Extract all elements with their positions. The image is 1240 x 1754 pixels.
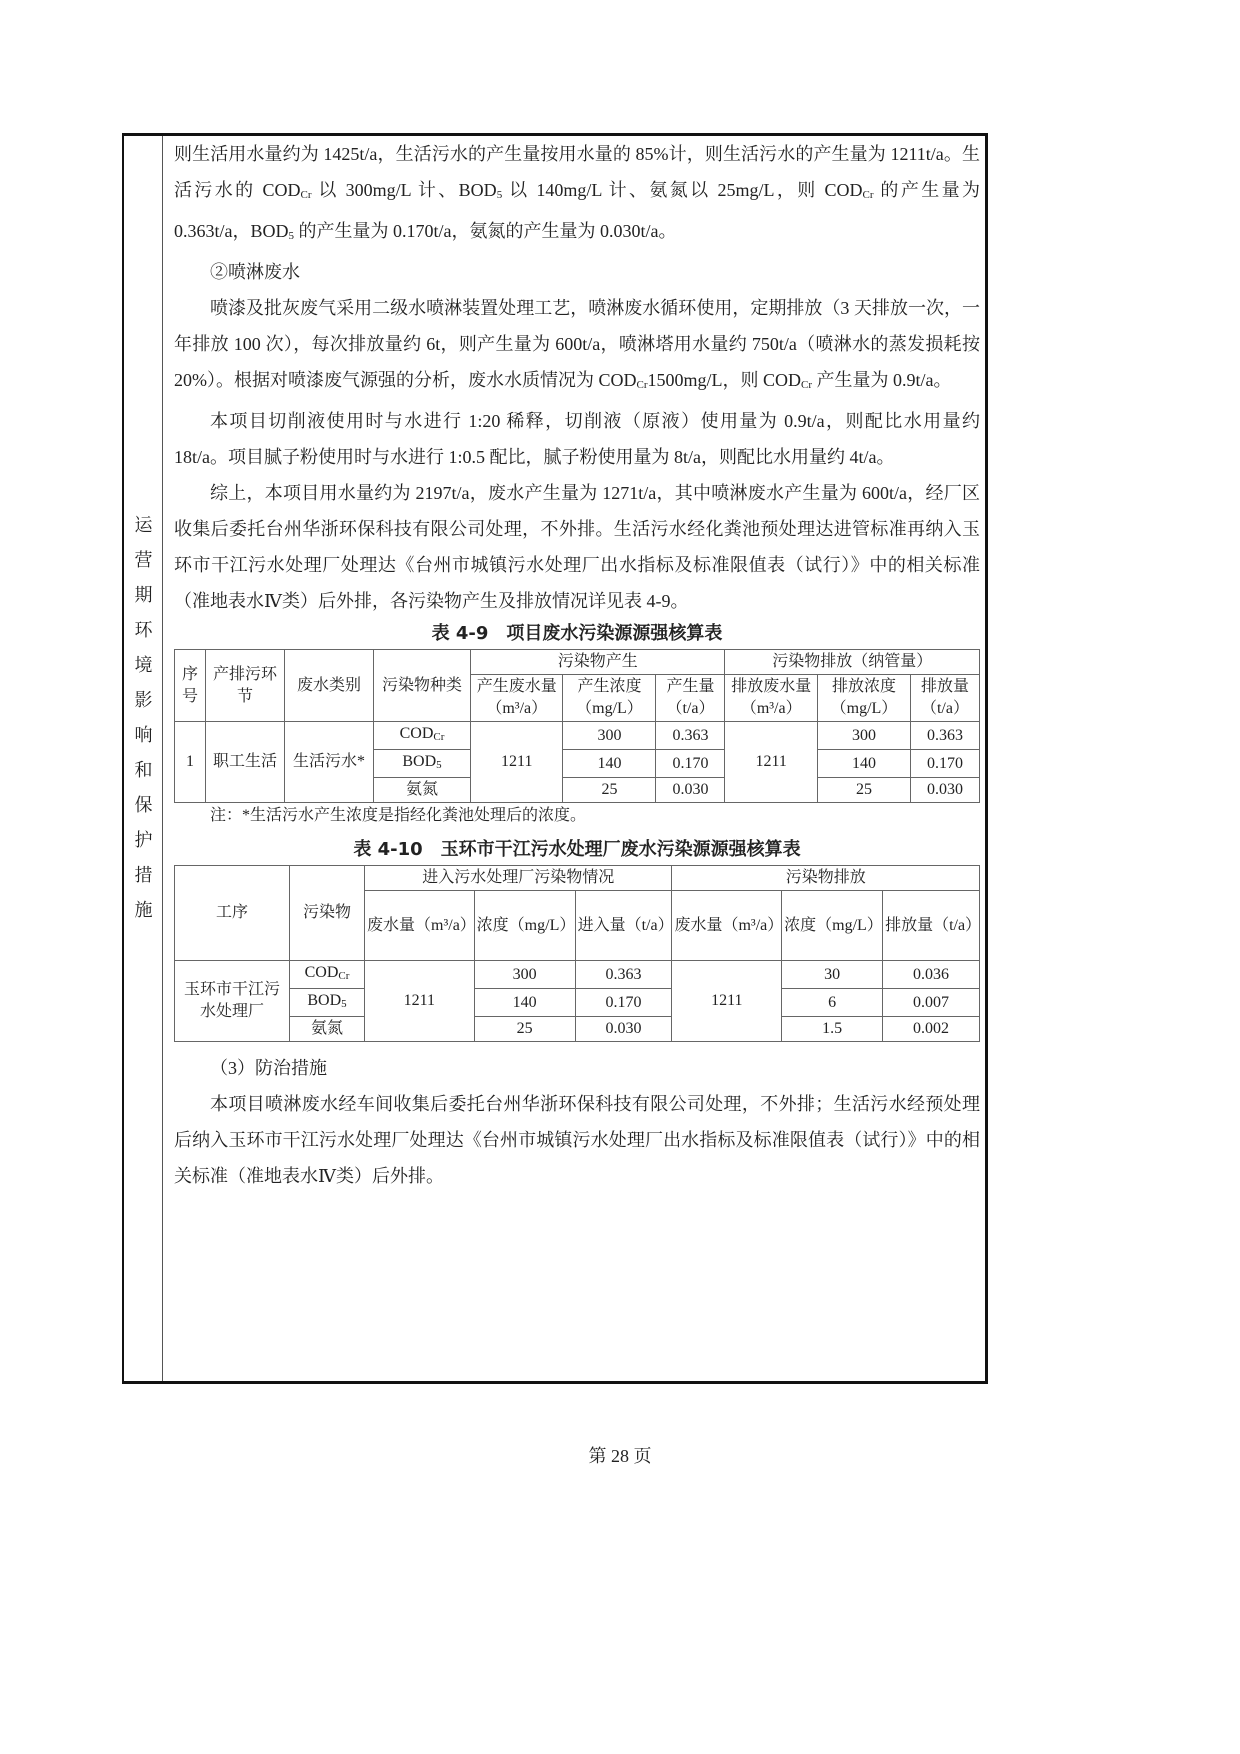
col-header-process: 工序 bbox=[175, 866, 290, 961]
label-char: 保 bbox=[124, 788, 163, 823]
cell-pollutant: CODCr bbox=[290, 961, 365, 989]
cell-gen-amt: 0.363 bbox=[656, 722, 725, 750]
cell-pollutant: CODCr bbox=[374, 722, 471, 750]
cell-stage: 职工生活 bbox=[206, 722, 285, 803]
cell-out-amt: 0.036 bbox=[883, 961, 980, 989]
cell-in-conc: 140 bbox=[474, 989, 575, 1017]
col-header-dis-vol: 排放废水量（m³/a） bbox=[725, 675, 817, 722]
cell-out-conc: 1.5 bbox=[782, 1017, 883, 1042]
col-header-gen-amt: 产生量（t/a） bbox=[656, 675, 725, 722]
cell-in-amt: 0.363 bbox=[575, 961, 672, 989]
cell-dis-amt: 0.170 bbox=[910, 750, 979, 778]
cell-pollutant: 氨氮 bbox=[374, 778, 471, 803]
cell-dis-conc: 300 bbox=[817, 722, 910, 750]
table-4-10-caption: 表 4-10 玉环市干江污水处理厂废水污染源源强核算表 bbox=[174, 835, 980, 865]
paragraph-domestic-sewage: 则生活用水量约为 1425t/a，生活污水的产生量按用水量的 85%计，则生活污… bbox=[174, 136, 980, 254]
cell-dis-vol: 1211 bbox=[725, 722, 817, 803]
label-char: 期 bbox=[124, 578, 163, 613]
col-header-dis-amt: 排放量（t/a） bbox=[910, 675, 979, 722]
section-label-column: 运 营 期 环 境 影 响 和 保 护 措 施 bbox=[124, 136, 163, 1381]
table-row: 1 职工生活 生活污水* CODCr 1211 300 0.363 1211 3… bbox=[175, 722, 980, 750]
col-header-gen-vol: 产生废水量（m³/a） bbox=[471, 675, 563, 722]
col-header-out-amt: 排放量（t/a） bbox=[883, 891, 980, 961]
col-header-gen-conc: 产生浓度（mg/L） bbox=[563, 675, 656, 722]
cell-pollutant: BOD5 bbox=[374, 750, 471, 778]
label-char: 措 bbox=[124, 858, 163, 893]
col-header-dis-conc: 排放浓度（mg/L） bbox=[817, 675, 910, 722]
col-header-type: 废水类别 bbox=[285, 650, 374, 722]
cell-gen-conc: 25 bbox=[563, 778, 656, 803]
cell-dis-amt: 0.363 bbox=[910, 722, 979, 750]
cell-type: 生活污水* bbox=[285, 722, 374, 803]
cell-out-vol: 1211 bbox=[672, 961, 782, 1042]
cell-in-conc: 300 bbox=[474, 961, 575, 989]
label-char: 运 bbox=[124, 508, 163, 543]
col-header-in-amt: 进入量（t/a） bbox=[575, 891, 672, 961]
cell-pollutant: 氨氮 bbox=[290, 1017, 365, 1042]
label-char: 境 bbox=[124, 648, 163, 683]
col-header-pollutant: 污染物 bbox=[290, 866, 365, 961]
col-group-influent: 进入污水处理厂污染物情况 bbox=[365, 866, 672, 891]
col-header-no: 序号 bbox=[175, 650, 206, 722]
cell-gen-vol: 1211 bbox=[471, 722, 563, 803]
cell-gen-conc: 300 bbox=[563, 722, 656, 750]
label-char: 施 bbox=[124, 893, 163, 928]
table-4-9: 序号 产排污环节 废水类别 污染物种类 污染物产生 污染物排放（纳管量） 产生废… bbox=[174, 649, 980, 803]
col-header-in-vol: 废水量（m³/a） bbox=[365, 891, 475, 961]
cell-gen-amt: 0.170 bbox=[656, 750, 725, 778]
heading-prevention-measures: （3）防治措施 bbox=[174, 1050, 980, 1086]
table-4-9-note: 注：*生活污水产生浓度是指经化粪池处理后的浓度。 bbox=[174, 803, 980, 829]
main-content: 则生活用水量约为 1425t/a，生活污水的产生量按用水量的 85%计，则生活污… bbox=[174, 136, 980, 1194]
cell-out-conc: 30 bbox=[782, 961, 883, 989]
paragraph-spray-wastewater: 喷漆及批灰废气采用二级水喷淋装置处理工艺，喷淋废水循环使用，定期排放（3 天排放… bbox=[174, 290, 980, 403]
cell-dis-amt: 0.030 bbox=[910, 778, 979, 803]
page-number: 第 28 页 bbox=[0, 1442, 1240, 1468]
col-header-out-conc: 浓度（mg/L） bbox=[782, 891, 883, 961]
paragraph-summary: 综上，本项目用水量约为 2197t/a，废水产生量为 1271t/a，其中喷淋废… bbox=[174, 475, 980, 619]
cell-in-amt: 0.030 bbox=[575, 1017, 672, 1042]
label-char: 和 bbox=[124, 753, 163, 788]
paragraph-prevention-measures: 本项目喷淋废水经车间收集后委托台州华浙环保科技有限公司处理，不外排；生活污水经预… bbox=[174, 1086, 980, 1194]
table-row: 玉环市干江污水处理厂 CODCr 1211 300 0.363 1211 30 … bbox=[175, 961, 980, 989]
heading-spray-wastewater: ②喷淋废水 bbox=[174, 254, 980, 290]
cell-dis-conc: 140 bbox=[817, 750, 910, 778]
section-label: 运 营 期 环 境 影 响 和 保 护 措 施 bbox=[124, 508, 163, 928]
cell-in-amt: 0.170 bbox=[575, 989, 672, 1017]
col-header-out-vol: 废水量（m³/a） bbox=[672, 891, 782, 961]
cell-no: 1 bbox=[175, 722, 206, 803]
cell-out-amt: 0.007 bbox=[883, 989, 980, 1017]
cell-in-vol: 1211 bbox=[365, 961, 475, 1042]
paragraph-cutting-fluid: 本项目切削液使用时与水进行 1:20 稀释，切削液（原液）使用量为 0.9t/a… bbox=[174, 403, 980, 475]
cell-in-conc: 25 bbox=[474, 1017, 575, 1042]
cell-out-conc: 6 bbox=[782, 989, 883, 1017]
col-header-in-conc: 浓度（mg/L） bbox=[474, 891, 575, 961]
label-char: 环 bbox=[124, 613, 163, 648]
col-header-pollutant: 污染物种类 bbox=[374, 650, 471, 722]
col-group-discharge: 污染物排放（纳管量） bbox=[725, 650, 980, 675]
col-group-generation: 污染物产生 bbox=[471, 650, 725, 675]
page-frame: 运 营 期 环 境 影 响 和 保 护 措 施 则生活用水量约为 1425t/a… bbox=[122, 133, 988, 1384]
table-row: 氨氮 25 0.030 1.5 0.002 bbox=[175, 1017, 980, 1042]
cell-gen-conc: 140 bbox=[563, 750, 656, 778]
col-group-effluent: 污染物排放 bbox=[672, 866, 980, 891]
cell-process: 玉环市干江污水处理厂 bbox=[175, 961, 290, 1042]
cell-dis-conc: 25 bbox=[817, 778, 910, 803]
table-row: BOD5 140 0.170 6 0.007 bbox=[175, 989, 980, 1017]
cell-out-amt: 0.002 bbox=[883, 1017, 980, 1042]
cell-gen-amt: 0.030 bbox=[656, 778, 725, 803]
table-4-9-caption: 表 4-9 项目废水污染源源强核算表 bbox=[174, 619, 980, 649]
cell-pollutant: BOD5 bbox=[290, 989, 365, 1017]
label-char: 响 bbox=[124, 718, 163, 753]
label-char: 营 bbox=[124, 543, 163, 578]
col-header-stage: 产排污环节 bbox=[206, 650, 285, 722]
label-char: 护 bbox=[124, 823, 163, 858]
label-char: 影 bbox=[124, 683, 163, 718]
table-4-10: 工序 污染物 进入污水处理厂污染物情况 污染物排放 废水量（m³/a） 浓度（m… bbox=[174, 865, 980, 1042]
